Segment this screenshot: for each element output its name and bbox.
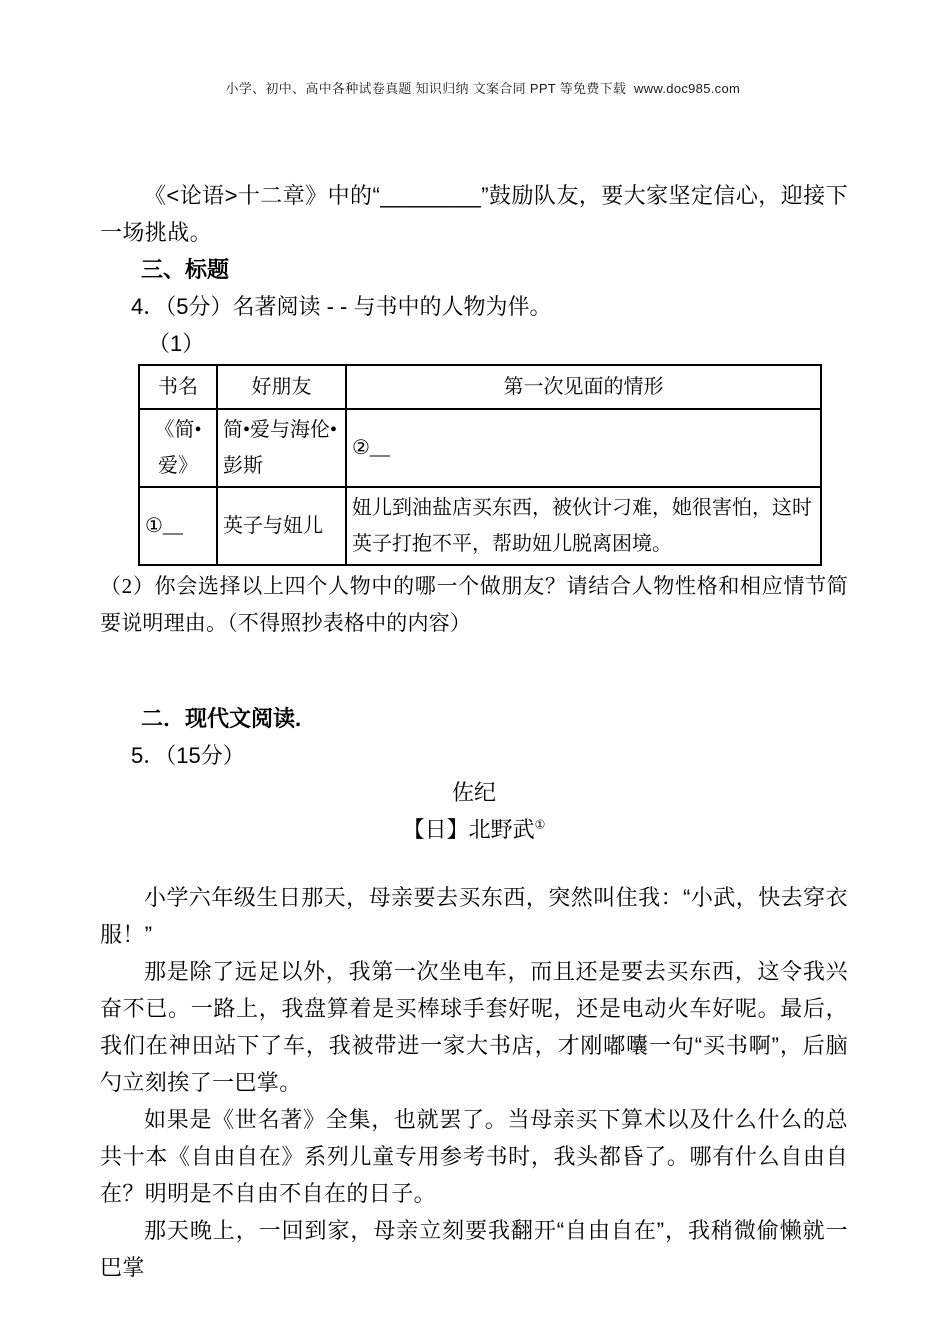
essay-author-line: 【日】北野武① bbox=[100, 811, 848, 848]
question-5: 5．（15分） bbox=[131, 737, 848, 774]
essay-author: 【日】北野武 bbox=[403, 817, 535, 842]
essay-paragraph-3: 如果是《世名著》全集，也就罢了。当母亲买下算术以及什么什么的总共十本《自由自在》… bbox=[100, 1101, 848, 1212]
reading-table: 书名 好朋友 第一次见面的情形 《简•爱》 简•爱与海伦•彭斯 ②__ ①__ … bbox=[138, 364, 822, 566]
question-4: 4．（5分）名著阅读 - - 与书中的人物为伴。 bbox=[131, 288, 848, 325]
table-row: ①__ 英子与妞儿 妞儿到油盐店买东西，被伙计刁难，她很害怕，这时英子打抱不平，… bbox=[139, 487, 821, 565]
table-cell-scene: 妞儿到油盐店买东西，被伙计刁难，她很害怕，这时英子打抱不平，帮助妞儿脱离困境。 bbox=[346, 487, 821, 565]
table-cell-friend: 简•爱与海伦•彭斯 bbox=[217, 409, 346, 487]
intro-paragraph: 《<论语>十二章》中的“________”鼓励队友，要大家坚定信心，迎接下一场挑… bbox=[100, 177, 848, 251]
section-two-heading: 二．现代文阅读. bbox=[141, 700, 848, 737]
table-cell-book: 《简•爱》 bbox=[139, 409, 217, 487]
table-cell-scene-blank: ②__ bbox=[346, 409, 821, 487]
footnote-marker: ① bbox=[535, 818, 546, 832]
part-1-label: （1） bbox=[148, 325, 848, 362]
site-header: 小学、初中、高中各种试卷真题 知识归纳 文案合同 PPT 等免费下载 www.d… bbox=[0, 0, 950, 116]
table-header-scene: 第一次见面的情形 bbox=[346, 365, 821, 409]
document-content: 《<论语>十二章》中的“________”鼓励队友，要大家坚定信心，迎接下一场挑… bbox=[100, 177, 848, 1286]
table-header-row: 书名 好朋友 第一次见面的情形 bbox=[139, 365, 821, 409]
table-cell-friend: 英子与妞儿 bbox=[217, 487, 346, 565]
table-header-friend: 好朋友 bbox=[217, 365, 346, 409]
document-page: 小学、初中、高中各种试卷真题 知识归纳 文案合同 PPT 等免费下载 www.d… bbox=[0, 0, 950, 1344]
site-header-text: 小学、初中、高中各种试卷真题 知识归纳 文案合同 PPT 等免费下载 www.d… bbox=[226, 81, 741, 96]
part-2-question: （2）你会选择以上四个人物中的哪一个做朋友？请结合人物性格和相应情节简要说明理由… bbox=[100, 568, 848, 642]
table-header-book: 书名 bbox=[139, 365, 217, 409]
essay-paragraph-2: 那是除了远足以外，我第一次坐电车，而且还是要去买东西，这令我兴奋不已。一路上，我… bbox=[100, 953, 848, 1101]
table-row: 《简•爱》 简•爱与海伦•彭斯 ②__ bbox=[139, 409, 821, 487]
essay-title: 佐纪 bbox=[100, 774, 848, 811]
table-cell-book-blank: ①__ bbox=[139, 487, 217, 565]
section-three-heading: 三、标题 bbox=[141, 251, 848, 288]
essay-paragraph-4: 那天晚上，一回到家，母亲立刻要我翻开“自由自在”，我稍微偷懒就一巴掌 bbox=[100, 1212, 848, 1286]
essay-paragraph-1: 小学六年级生日那天，母亲要去买东西，突然叫住我：“小武，快去穿衣服！” bbox=[100, 879, 848, 953]
